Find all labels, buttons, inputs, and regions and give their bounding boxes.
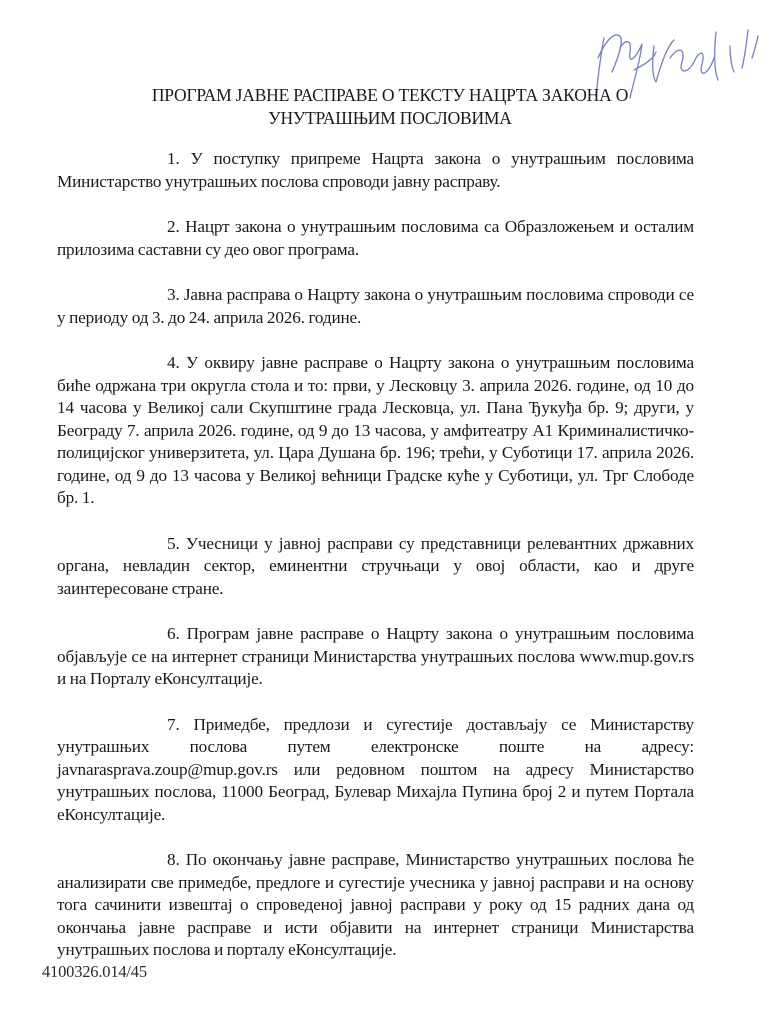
title-line-2: УНУТРАШЊИМ ПОСЛОВИМА xyxy=(80,107,700,130)
paragraph-2: 2. Нацрт закона о унутрашњим пословима с… xyxy=(57,216,694,261)
document-title: ПРОГРАМ ЈАВНЕ РАСПРАВЕ О ТЕКСТУ НАЦРТА З… xyxy=(80,84,700,130)
paragraph-3: 3. Јавна расправа о Нацрту закона о унут… xyxy=(57,284,694,329)
document-page: ПРОГРАМ ЈАВНЕ РАСПРАВЕ О ТЕКСТУ НАЦРТА З… xyxy=(0,0,770,1024)
paragraph-4: 4. У оквиру јавне расправе о Нацрту зако… xyxy=(57,352,694,510)
paragraph-7: 7. Примедбе, предлози и сугестије достав… xyxy=(57,714,694,827)
paragraph-6: 6. Програм јавне расправе о Нацрту закон… xyxy=(57,623,694,691)
paragraph-5: 5. Учесници у јавној расправи су предста… xyxy=(57,533,694,601)
document-number: 4100326.014/45 xyxy=(42,962,147,982)
title-line-1: ПРОГРАМ ЈАВНЕ РАСПРАВЕ О ТЕКСТУ НАЦРТА З… xyxy=(80,84,700,107)
paragraph-1: 1. У поступку припреме Нацрта закона о у… xyxy=(57,148,694,193)
paragraph-8: 8. По окончању јавне расправе, Министарс… xyxy=(57,849,694,962)
document-body: 1. У поступку припреме Нацрта закона о у… xyxy=(57,148,694,985)
